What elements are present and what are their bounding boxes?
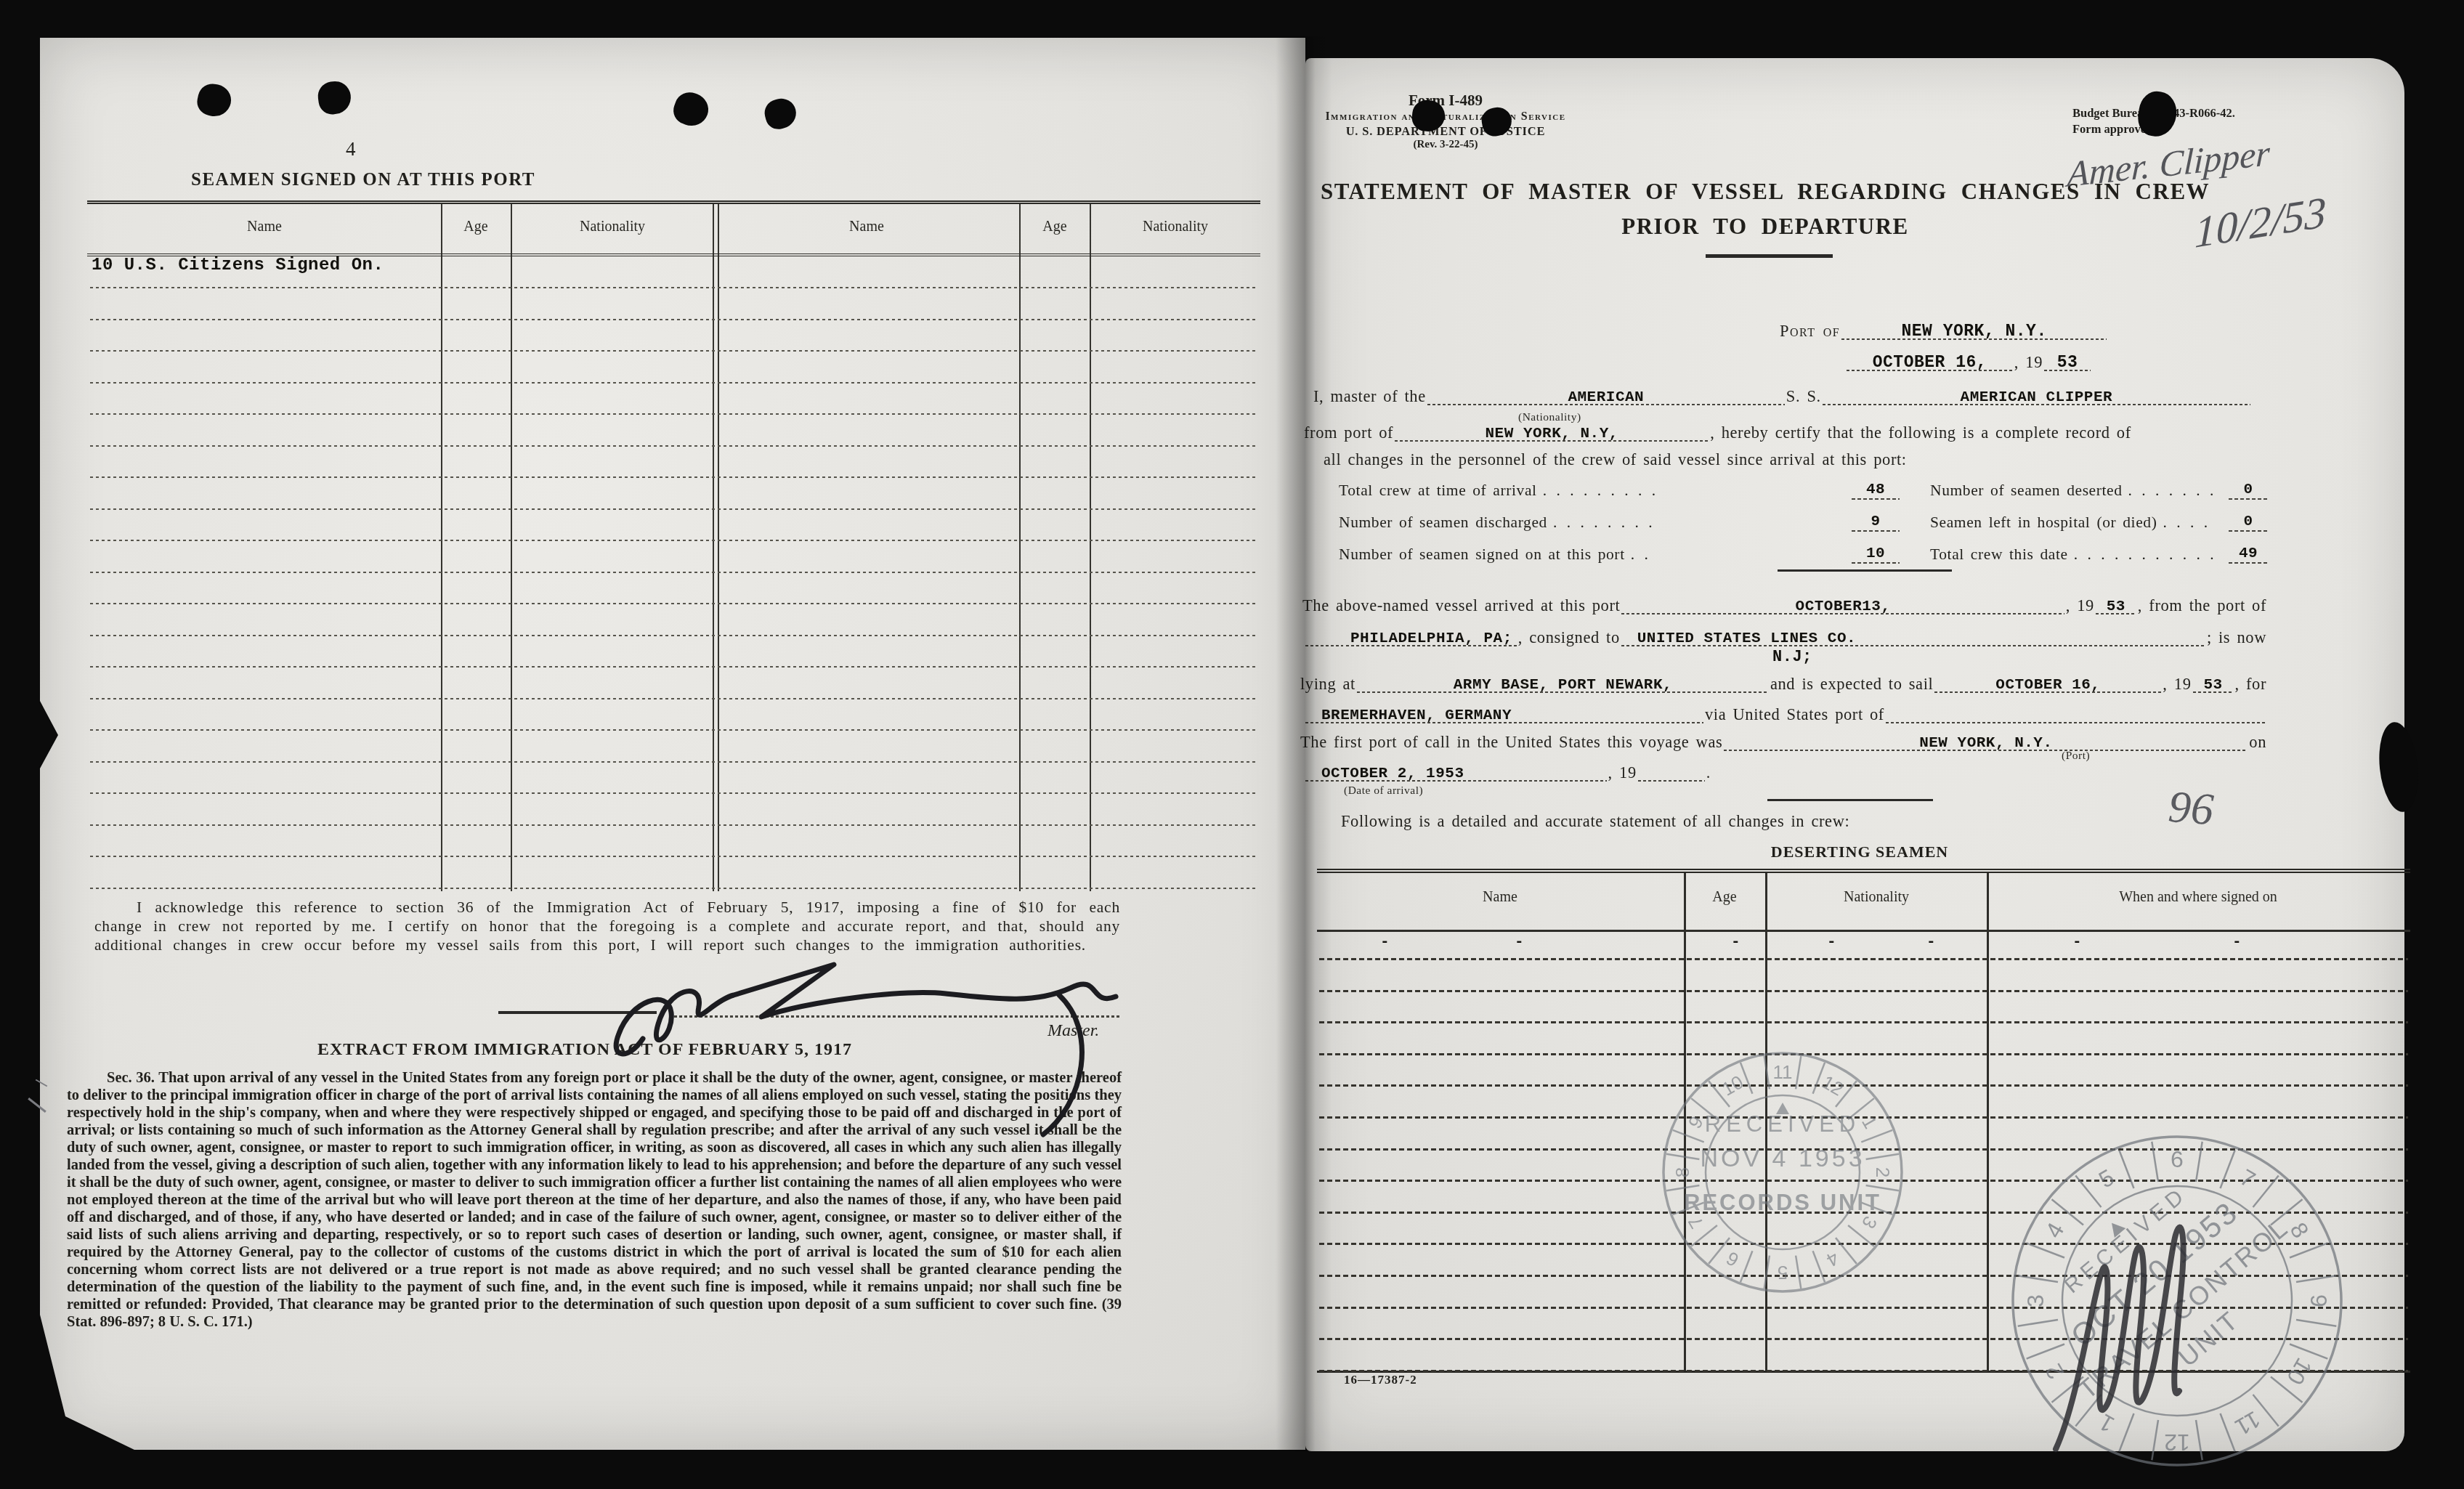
column-header-signed-on: When and where signed on — [2119, 889, 2277, 906]
stat-dots: . . — [1631, 545, 1651, 564]
stamp-date-text: NOV 4 1953 — [1700, 1145, 1865, 1172]
stamp-dial-tick — [1813, 1251, 1825, 1282]
stamp-dial-number: 3 — [1857, 1212, 1881, 1233]
ruled-line — [90, 603, 1257, 604]
ruled-line — [90, 413, 1257, 415]
date-value: OCTOBER 16, — [1873, 353, 1987, 372]
ruled-line — [90, 792, 1257, 794]
stamp-dial-number: 1 — [1857, 1112, 1881, 1132]
stats-divider — [1778, 569, 1952, 572]
stamp-dial-number: 12 — [1818, 1071, 1847, 1100]
lying-place: ARMY BASE, PORT NEWARK, — [1454, 677, 1672, 694]
stamp-dial-number: 2 — [1872, 1167, 1894, 1177]
vessel-value: AMERICAN CLIPPER — [1961, 389, 2113, 406]
stamp-dial-number: 10 — [1718, 1071, 1747, 1100]
agency-line: Immigration and Naturalization Service — [1316, 110, 1575, 123]
dash-mark: - — [1827, 934, 1836, 951]
dash-mark: - — [1731, 934, 1740, 951]
certify-text: , hereby certify that the following is a… — [1710, 423, 2131, 445]
stamp-dial-number: 8 — [1671, 1167, 1693, 1177]
ruled-line — [90, 856, 1257, 857]
left-table-title: SEAMEN SIGNED ON AT THIS PORT — [87, 170, 639, 190]
table-column-line — [718, 204, 719, 891]
stamp-dial-tick — [1764, 1056, 1770, 1089]
stat-value: 49 — [2229, 545, 2268, 564]
stat-total-date: Total crew this date . . . . . . . . . .… — [1930, 539, 2268, 564]
arrival-prefix: The above-named vessel arrived at this p… — [1302, 596, 1620, 617]
ruled-line — [90, 540, 1257, 541]
stat-signed-on: Number of seamen signed on at this port … — [1339, 539, 1900, 564]
stamp-dial-number: 9 — [2306, 1294, 2332, 1307]
via-label: via United States port of — [1705, 705, 1884, 726]
ruled-line — [90, 888, 1257, 889]
stamp-dial-number: 4 — [1823, 1247, 1843, 1271]
stamp-dial-number: 7 — [2236, 1164, 2260, 1193]
stat-hospital: Seamen left in hospital (or died) . . . … — [1930, 507, 2268, 532]
stat-value: 9 — [1852, 514, 1900, 532]
consigned-label: , consigned to — [1518, 628, 1620, 649]
form-number: Form I-489 — [1351, 92, 1540, 110]
revision-line: (Rev. 3-22-45) — [1351, 139, 1540, 151]
stat-label: Total crew at time of arrival — [1339, 482, 1537, 500]
period: . — [1706, 763, 1711, 784]
stat-label: Number of seamen discharged — [1339, 514, 1547, 532]
stamp-dial-tick — [1796, 1056, 1801, 1089]
column-header-age: Age — [1712, 889, 1736, 906]
from-port-line: from port of NEW YORK, N.Y, , hereby cer… — [1304, 418, 2266, 445]
arrival-line2: PHILADELPHIA, PA; , consigned to UNITED … — [1304, 623, 2266, 649]
table-column-line — [1987, 873, 1989, 1373]
certify-line2: all changes in the personnel of the crew… — [1324, 450, 1907, 469]
stamp-dial-number: 6 — [1722, 1247, 1743, 1271]
port-label: Port of — [1780, 322, 1840, 343]
ruled-line — [90, 445, 1257, 447]
date-line: OCTOBER 16, , 19 53 — [1845, 348, 2092, 374]
seamen-signed-on-table: Name Age Nationality Name Age Nationalit… — [87, 200, 1260, 891]
stamp-dial-number: 5 — [1778, 1262, 1788, 1283]
received-records-unit-stamp: 123456789101112 RECEIVED NOV 4 1953 RECO… — [1658, 1047, 1908, 1297]
following-line: Following is a detailed and accurate sta… — [1341, 812, 1849, 831]
master-signature — [588, 930, 1155, 1148]
stamp-dial-tick — [2290, 1243, 2327, 1257]
stat-label: Number of seamen signed on at this port — [1339, 545, 1625, 564]
port-line: Port of NEW YORK, N.Y. — [1780, 317, 2108, 343]
first-port-date: OCTOBER 2, 1953 — [1321, 766, 1464, 782]
table-column-line — [1090, 204, 1091, 891]
column-header-age: Age — [1042, 219, 1066, 235]
stat-label: Total crew this date — [1930, 545, 2068, 564]
dash-mark: - — [2072, 934, 2082, 951]
sail-date: OCTOBER 16, — [1995, 677, 2100, 694]
stamp-dial-tick — [1673, 1130, 1704, 1143]
year-prefix: , 19 — [1608, 763, 1637, 784]
stat-value: 48 — [1852, 482, 1900, 500]
nationality-value: AMERICAN — [1568, 389, 1644, 406]
first-port-line: The first port of call in the United Sta… — [1300, 728, 2266, 754]
sail-year: 53 — [2203, 677, 2222, 694]
stat-total-arrival: Total crew at time of arrival . . . . . … — [1339, 475, 1900, 500]
on-label: on — [2249, 733, 2266, 754]
ruled-line — [90, 729, 1257, 731]
dash-mark: - — [1926, 934, 1936, 951]
ruled-line — [90, 287, 1257, 288]
column-header-age: Age — [463, 219, 487, 235]
plate-number: 16—17387-2 — [1344, 1373, 1417, 1387]
table-column-line — [1019, 204, 1021, 891]
typed-table-entry: 10 U.S. Citizens Signed On. — [92, 256, 384, 275]
stat-dots: . . . . . . . . . — [1543, 482, 1658, 500]
stat-value: 0 — [2229, 514, 2268, 532]
year-value: 53 — [2057, 353, 2078, 372]
stat-value: 10 — [1852, 545, 1900, 564]
master-line: I, master of the AMERICAN S. S. AMERICAN… — [1313, 382, 2252, 408]
inserted-state: N.J; — [1772, 648, 1812, 666]
column-header-name: Name — [247, 219, 282, 235]
stamp-dial-number: 10 — [2282, 1354, 2317, 1389]
date-of-arrival-caption: (Date of arrival) — [1344, 784, 1423, 798]
ruled-line — [90, 635, 1257, 636]
table-column-line — [441, 204, 442, 891]
year-prefix: , 19 — [2014, 353, 2043, 374]
deserting-seamen-heading: DESERTING SEAMEN — [1315, 843, 2404, 861]
ruled-line — [90, 350, 1257, 352]
stamp-dial-tick — [1764, 1256, 1770, 1289]
table-column-line — [713, 204, 714, 891]
destination-value: BREMERHAVEN, GERMANY — [1321, 707, 1512, 724]
handwritten-tally: 96 — [2167, 782, 2216, 836]
scanned-document: 4 SEAMEN SIGNED ON AT THIS PORT Name Age… — [0, 0, 2464, 1489]
arrival-line4: BREMERHAVEN, GERMANY via United States p… — [1304, 700, 2266, 726]
stat-discharged: Number of seamen discharged . . . . . . … — [1339, 507, 1900, 532]
stamp-dial: 123456789101112 — [1666, 1056, 1899, 1289]
is-now-label: ; is now — [2207, 628, 2266, 649]
stamp-dial-tick — [1666, 1154, 1699, 1159]
table-column-line — [511, 204, 512, 891]
from-port-label: from port of — [1304, 423, 1393, 445]
stamp-dial-number: 7 — [1684, 1212, 1708, 1233]
port-value: NEW YORK, N.Y. — [1901, 322, 2046, 341]
ruled-line — [90, 824, 1257, 826]
dash-mark: - — [1515, 934, 1524, 951]
ruled-line — [90, 476, 1257, 478]
title-underline — [1706, 254, 1833, 258]
year-prefix: , 19 — [2163, 675, 2191, 696]
first-port-prefix: The first port of call in the United Sta… — [1300, 733, 1722, 754]
form-title-line2: PRIOR TO DEPARTURE — [1315, 214, 2216, 240]
stat-dots: . . . . . . . . . . . — [2074, 545, 2217, 564]
from-port-value: NEW YORK, N.Y, — [1485, 426, 1618, 442]
page-number: 4 — [346, 138, 356, 161]
arrival-line3: lying at ARMY BASE, PORT NEWARK, and is … — [1300, 670, 2266, 696]
arrival-from-port: PHILADELPHIA, PA; — [1350, 630, 1512, 647]
arrival-date-line: OCTOBER 2, 1953 , 19 . — [1304, 758, 1711, 784]
ruled-line — [90, 698, 1257, 699]
ruled-line — [1319, 990, 2408, 992]
first-port-value: NEW YORK, N.Y. — [1919, 735, 2052, 752]
stat-deserted: Number of seamen deserted . . . . . . . … — [1930, 475, 2268, 500]
stamp-dial-number: 11 — [1773, 1061, 1793, 1083]
department-line: U. S. DEPARTMENT OF JUSTICE — [1331, 124, 1560, 139]
stamp-dial-tick — [2296, 1275, 2336, 1282]
column-header-name: Name — [1483, 889, 1517, 906]
ruled-line — [90, 761, 1257, 763]
ruled-line — [90, 508, 1257, 510]
stamp-dial-tick — [1796, 1256, 1801, 1289]
ruled-line — [1319, 958, 2408, 960]
following-divider — [1767, 799, 1933, 801]
column-header-nationality: Nationality — [1844, 889, 1909, 906]
master-prefix: I, master of the — [1313, 387, 1426, 408]
for-label: , for — [2235, 675, 2267, 696]
year-prefix: , 19 — [2066, 596, 2094, 617]
arrival-date: OCTOBER13, — [1796, 599, 1891, 615]
table-header-underline — [1317, 930, 2410, 932]
dash-mark: - — [1380, 934, 1390, 951]
stamp-dial-tick — [1740, 1251, 1753, 1282]
dash-mark: - — [2232, 934, 2242, 951]
column-header-nationality: Nationality — [580, 219, 645, 235]
arrival-line1: The above-named vessel arrived at this p… — [1302, 591, 2266, 617]
ruled-line — [90, 572, 1257, 573]
ruled-line — [90, 382, 1257, 384]
ss-label: S. S. — [1786, 387, 1821, 408]
stamp-received-text: RECEIVED — [1705, 1111, 1860, 1137]
lying-at-label: lying at — [1300, 675, 1355, 696]
stat-value: 0 — [2229, 482, 2268, 500]
arrival-suffix: , from the port of — [2138, 596, 2266, 617]
column-header-nationality: Nationality — [1143, 219, 1208, 235]
ruled-line — [1319, 1021, 2408, 1023]
stamp-dial-tick — [1866, 1154, 1899, 1159]
stat-dots: . . . . — [2163, 514, 2210, 532]
stat-dots: . . . . . . . . — [1553, 514, 1655, 532]
expected-sail-label: and is expected to sail — [1770, 675, 1934, 696]
stamp-dial-tick — [2253, 1176, 2279, 1208]
ruled-line — [90, 319, 1257, 320]
stat-label: Seamen left in hospital (or died) — [1930, 514, 2157, 532]
stamp-dial-tick — [2296, 1320, 2336, 1326]
ruled-line — [90, 666, 1257, 668]
stamp-dial-tick — [1861, 1130, 1892, 1143]
stat-label: Number of seamen deserted — [1930, 482, 2123, 500]
stat-dots: . . . . . . . — [2128, 482, 2217, 500]
arrival-year: 53 — [2107, 599, 2125, 615]
consignee-value: UNITED STATES LINES CO. — [1637, 630, 1856, 647]
column-header-name: Name — [849, 219, 884, 235]
pen-scrawl — [2019, 1148, 2237, 1467]
stamp-unit-text: RECORDS UNIT — [1684, 1190, 1881, 1215]
